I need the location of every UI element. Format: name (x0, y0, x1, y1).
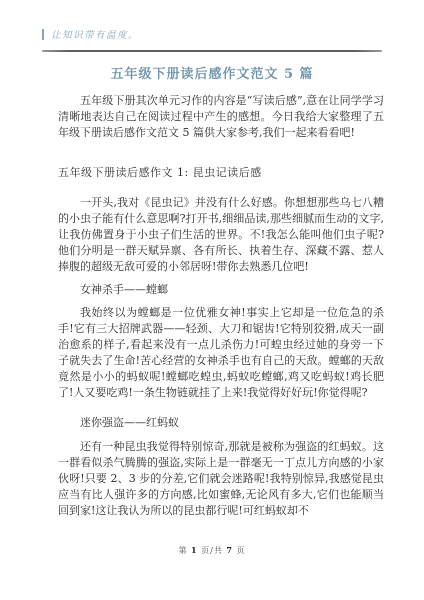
footer-label-pages: 页 (237, 546, 246, 555)
essay-1-paragraph-red-ant: 还有一种昆虫我觉得特别惊奇,那就是被称为强盗的红蚂蚁。这一群看似杀气腾腾的强盗,… (58, 439, 384, 519)
header-tagline: 让知识带有温度。 (51, 27, 139, 41)
header-divider (42, 50, 382, 52)
document-body: 五年级下册其次单元习作的内容是“写读后感”,意在让同学学习清晰地表达自己在阅读过… (58, 88, 384, 551)
page-header: 让知识带有温度。 (42, 27, 382, 52)
essay-1-opening-paragraph: 一开头,我对《昆虫记》并没有什么好感。你想想那些乌七八糟的小虫子能有什么意思啊?… (58, 195, 384, 275)
footer-page-number: 1 (191, 545, 198, 555)
essay-1-heading: 五年级下册读后感作文 1: 昆虫记读后感 (58, 165, 384, 181)
intro-paragraph: 五年级下册其次单元习作的内容是“写读后感”,意在让同学学习清晰地表达自己在阅读过… (58, 93, 384, 141)
essay-1-subtitle-red-ant: 迷你强盗——红蚂蚁 (58, 415, 384, 431)
footer-label-of: 页/共 (201, 546, 223, 555)
essay-1-subtitle-mantis: 女神杀手——螳螂 (58, 282, 384, 298)
footer-total-pages: 7 (226, 545, 233, 555)
page-footer: 第 1 页/共 7 页 (0, 545, 424, 556)
tagline-row: 让知识带有温度。 (42, 27, 382, 41)
tagline-accent-bar (42, 29, 44, 40)
footer-label-page: 第 (178, 546, 187, 555)
document-title: 五年级下册读后感作文范文 5 篇 (0, 63, 424, 82)
essay-1-paragraph-mantis: 我始终以为螳螂是一位优雅女神!事实上它却是一位危急的杀手!它有三大招牌武器——轻… (58, 305, 384, 401)
document-page: 让知识带有温度。 五年级下册读后感作文范文 5 篇 五年级下册其次单元习作的内容… (0, 0, 424, 600)
